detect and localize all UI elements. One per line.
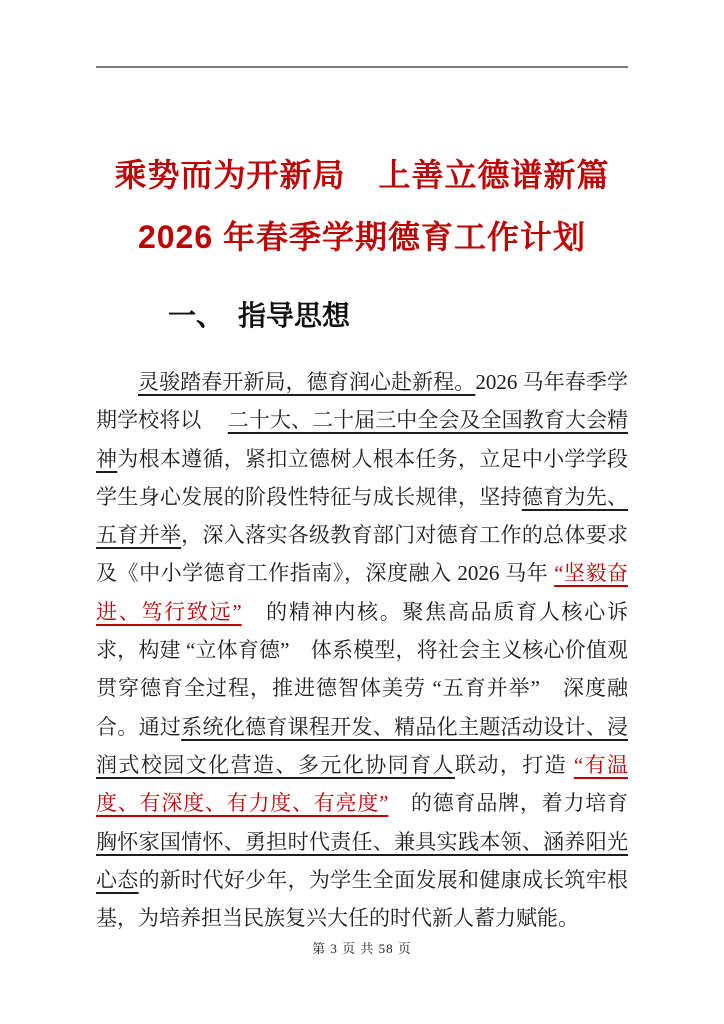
title-block: 乘势而为开新局 上善立德谱新篇 2026 年春季学期德育工作计划 — [96, 144, 628, 268]
header-rule — [96, 66, 628, 68]
section-number: 一、 — [168, 301, 224, 332]
document-page: 乘势而为开新局 上善立德谱新篇 2026 年春季学期德育工作计划 一、指导思想 … — [0, 0, 724, 1024]
section-title: 指导思想 — [238, 301, 350, 332]
text-segment: 灵骏踏春开新局，德育润心赴新程。 — [138, 370, 475, 394]
text-segment: 联动，打造 — [455, 753, 574, 777]
section-heading: 一、指导思想 — [96, 297, 628, 337]
body-paragraph: 灵骏踏春开新局，德育润心赴新程。2026 马年春季学期学校将以 二十大、二十届三… — [96, 363, 628, 937]
page-content: 乘势而为开新局 上善立德谱新篇 2026 年春季学期德育工作计划 一、指导思想 … — [96, 0, 628, 937]
document-title-line1: 乘势而为开新局 上善立德谱新篇 — [96, 144, 628, 206]
document-title-line2: 2026 年春季学期德育工作计划 — [96, 206, 628, 268]
text-segment: 的新时代好少年，为学生全面发展和健康成长筑牢根基，为培养担当民族复兴大任的时代新… — [96, 868, 628, 930]
page-number-footer: 第 3 页 共 58 页 — [0, 941, 724, 957]
text-segment: 的德育品牌，着力培育 — [388, 791, 628, 815]
